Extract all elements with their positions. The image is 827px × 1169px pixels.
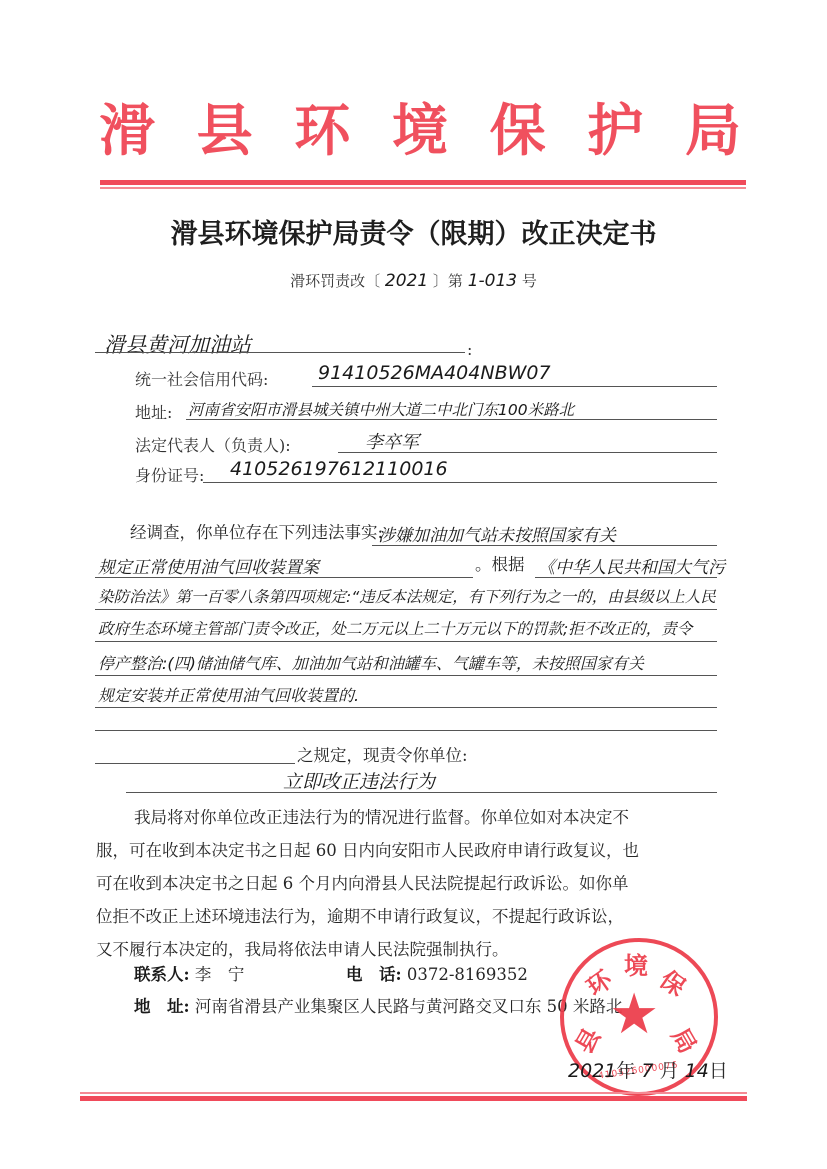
- recipient-colon: :: [467, 340, 472, 359]
- date-year-label: 年: [616, 1060, 635, 1082]
- footer-divider-thin: [80, 1092, 747, 1094]
- document-number: 滑环罚责改〔 2021 〕第 1-013 号: [0, 270, 827, 291]
- basis-line-5: 规定安装并正常使用油气回收装置的.: [98, 683, 359, 706]
- seal-char: 境: [624, 946, 648, 981]
- date-year: 2021: [568, 1060, 616, 1082]
- header-divider-thin: [100, 187, 746, 189]
- date-day: 14: [685, 1060, 709, 1082]
- notice-line-4: 位拒不改正上述环境违法行为，逾期不申请行政复议，不提起行政诉讼，: [96, 901, 624, 932]
- legal-rep-label: 法定代表人（负责人):: [135, 433, 291, 456]
- letterhead-char: 护: [583, 87, 647, 167]
- doc-number-suffix: 号: [522, 272, 537, 290]
- id-number-label: 身份证号:: [135, 463, 204, 486]
- id-number-underline: [203, 482, 717, 483]
- document-title: 滑县环境保护局责令（限期）改正决定书: [0, 212, 827, 251]
- credit-code-label: 统一社会信用代码:: [135, 367, 268, 390]
- letterhead-char: 环: [290, 87, 354, 167]
- contact-phone: 电 话: 0372-8169352: [346, 961, 528, 985]
- letterhead-char: 保: [486, 87, 550, 167]
- basis-line-1: 《中华人民共和国大气污: [538, 553, 725, 578]
- footer-divider-thick: [80, 1096, 747, 1101]
- notice-line-1: 我局将对你单位改正违法行为的情况进行监督。你单位如对本决定不: [134, 802, 629, 833]
- seal-char: 局: [665, 1020, 707, 1058]
- contact-person: 联系人: 李 宁: [134, 961, 244, 985]
- findings-intro: 经调查，你单位存在下列违法事实:: [130, 517, 383, 548]
- basis-underline-2: [95, 609, 717, 610]
- basis-line-3: 政府生态环境主管部门责令改正，处二万元以上二十万元以下的罚款;拒不改正的，责令: [98, 617, 692, 639]
- fact-line-2: 规定正常使用油气回收装置案: [98, 553, 319, 578]
- order-value: 立即改正违法行为: [283, 767, 435, 794]
- contact-address: 地 址: 河南省滑县产业集聚区人民路与黄河路交叉口东 50 米路北: [134, 993, 622, 1017]
- credit-code-underline: [312, 386, 717, 387]
- contact-phone-value: 0372-8169352: [407, 965, 528, 984]
- doc-number-mid: 〕第: [433, 272, 463, 290]
- contact-person-value: 李 宁: [195, 965, 245, 984]
- letterhead-char: 滑: [95, 87, 159, 167]
- contact-person-label: 联系人:: [134, 965, 190, 984]
- order-intro-underline: [95, 763, 295, 764]
- letterhead-char: 局: [681, 87, 745, 167]
- basis-line-4: 停产整治:(四)储油储气库、加油加气站和油罐车、气罐车等，未按照国家有关: [98, 651, 644, 674]
- seal-char: 保: [654, 960, 694, 1002]
- order-underline: [126, 792, 717, 793]
- notice-line-3: 可在收到本决定书之日起 6 个月内向滑县人民法院提起行政诉讼。如你单: [96, 868, 629, 899]
- header-divider-thick: [100, 180, 746, 185]
- id-number-value: 410526197612110016: [230, 458, 448, 480]
- basis-underline-4: [95, 675, 717, 676]
- fact-underline-1: [372, 545, 717, 546]
- address-label: 地址:: [135, 400, 172, 423]
- basis-underline-5: [95, 707, 717, 708]
- basis-line-2: 染防治法》第一百零八条第四项规定:“违反本法规定，有下列行为之一的，由县级以上人…: [98, 585, 716, 607]
- seal-char: 县: [565, 1020, 607, 1058]
- doc-number-year: 2021: [385, 271, 428, 291]
- recipient-name: 滑县黄河加油站: [104, 329, 251, 359]
- address-underline: [186, 419, 717, 420]
- letterhead: 滑 县 环 境 保 护 局: [95, 92, 745, 162]
- fact-line-1: 涉嫌加油加气站未按照国家有关: [378, 521, 616, 546]
- contact-address-value: 河南省滑县产业集聚区人民路与黄河路交叉口东 50 米路北: [195, 997, 623, 1016]
- issue-date: 2021年 7 月 14日: [568, 1056, 728, 1083]
- legal-rep-value: 李卒军: [365, 428, 419, 454]
- credit-code-value: 91410526MA404NBW07: [318, 362, 551, 384]
- blank-underline: [95, 730, 717, 731]
- contact-address-label: 地 址:: [134, 997, 190, 1016]
- contact-phone-label: 电 话:: [346, 965, 402, 984]
- notice-line-2: 服，可在收到本决定书之日起 60 日内向安阳市人民政府申请行政复议，也: [96, 835, 639, 866]
- letterhead-char: 境: [388, 87, 452, 167]
- legal-rep-underline: [338, 452, 717, 453]
- doc-number-num: 1-013: [468, 271, 517, 291]
- recipient-underline: [95, 352, 465, 353]
- date-month-label: 月: [660, 1060, 679, 1082]
- star-icon: ★: [609, 982, 659, 1047]
- letterhead-char: 县: [193, 87, 257, 167]
- fact-underline-2: [95, 577, 473, 578]
- doc-number-prefix: 滑环罚责改〔: [290, 272, 380, 290]
- basis-underline-3: [95, 641, 717, 642]
- address-value: 河南省安阳市滑县城关镇中州大道二中北门东100米路北: [188, 398, 574, 420]
- basis-intro: 。根据: [475, 549, 525, 580]
- date-month: 7: [641, 1060, 653, 1082]
- basis-underline-1: [535, 577, 717, 578]
- date-day-label: 日: [709, 1060, 728, 1082]
